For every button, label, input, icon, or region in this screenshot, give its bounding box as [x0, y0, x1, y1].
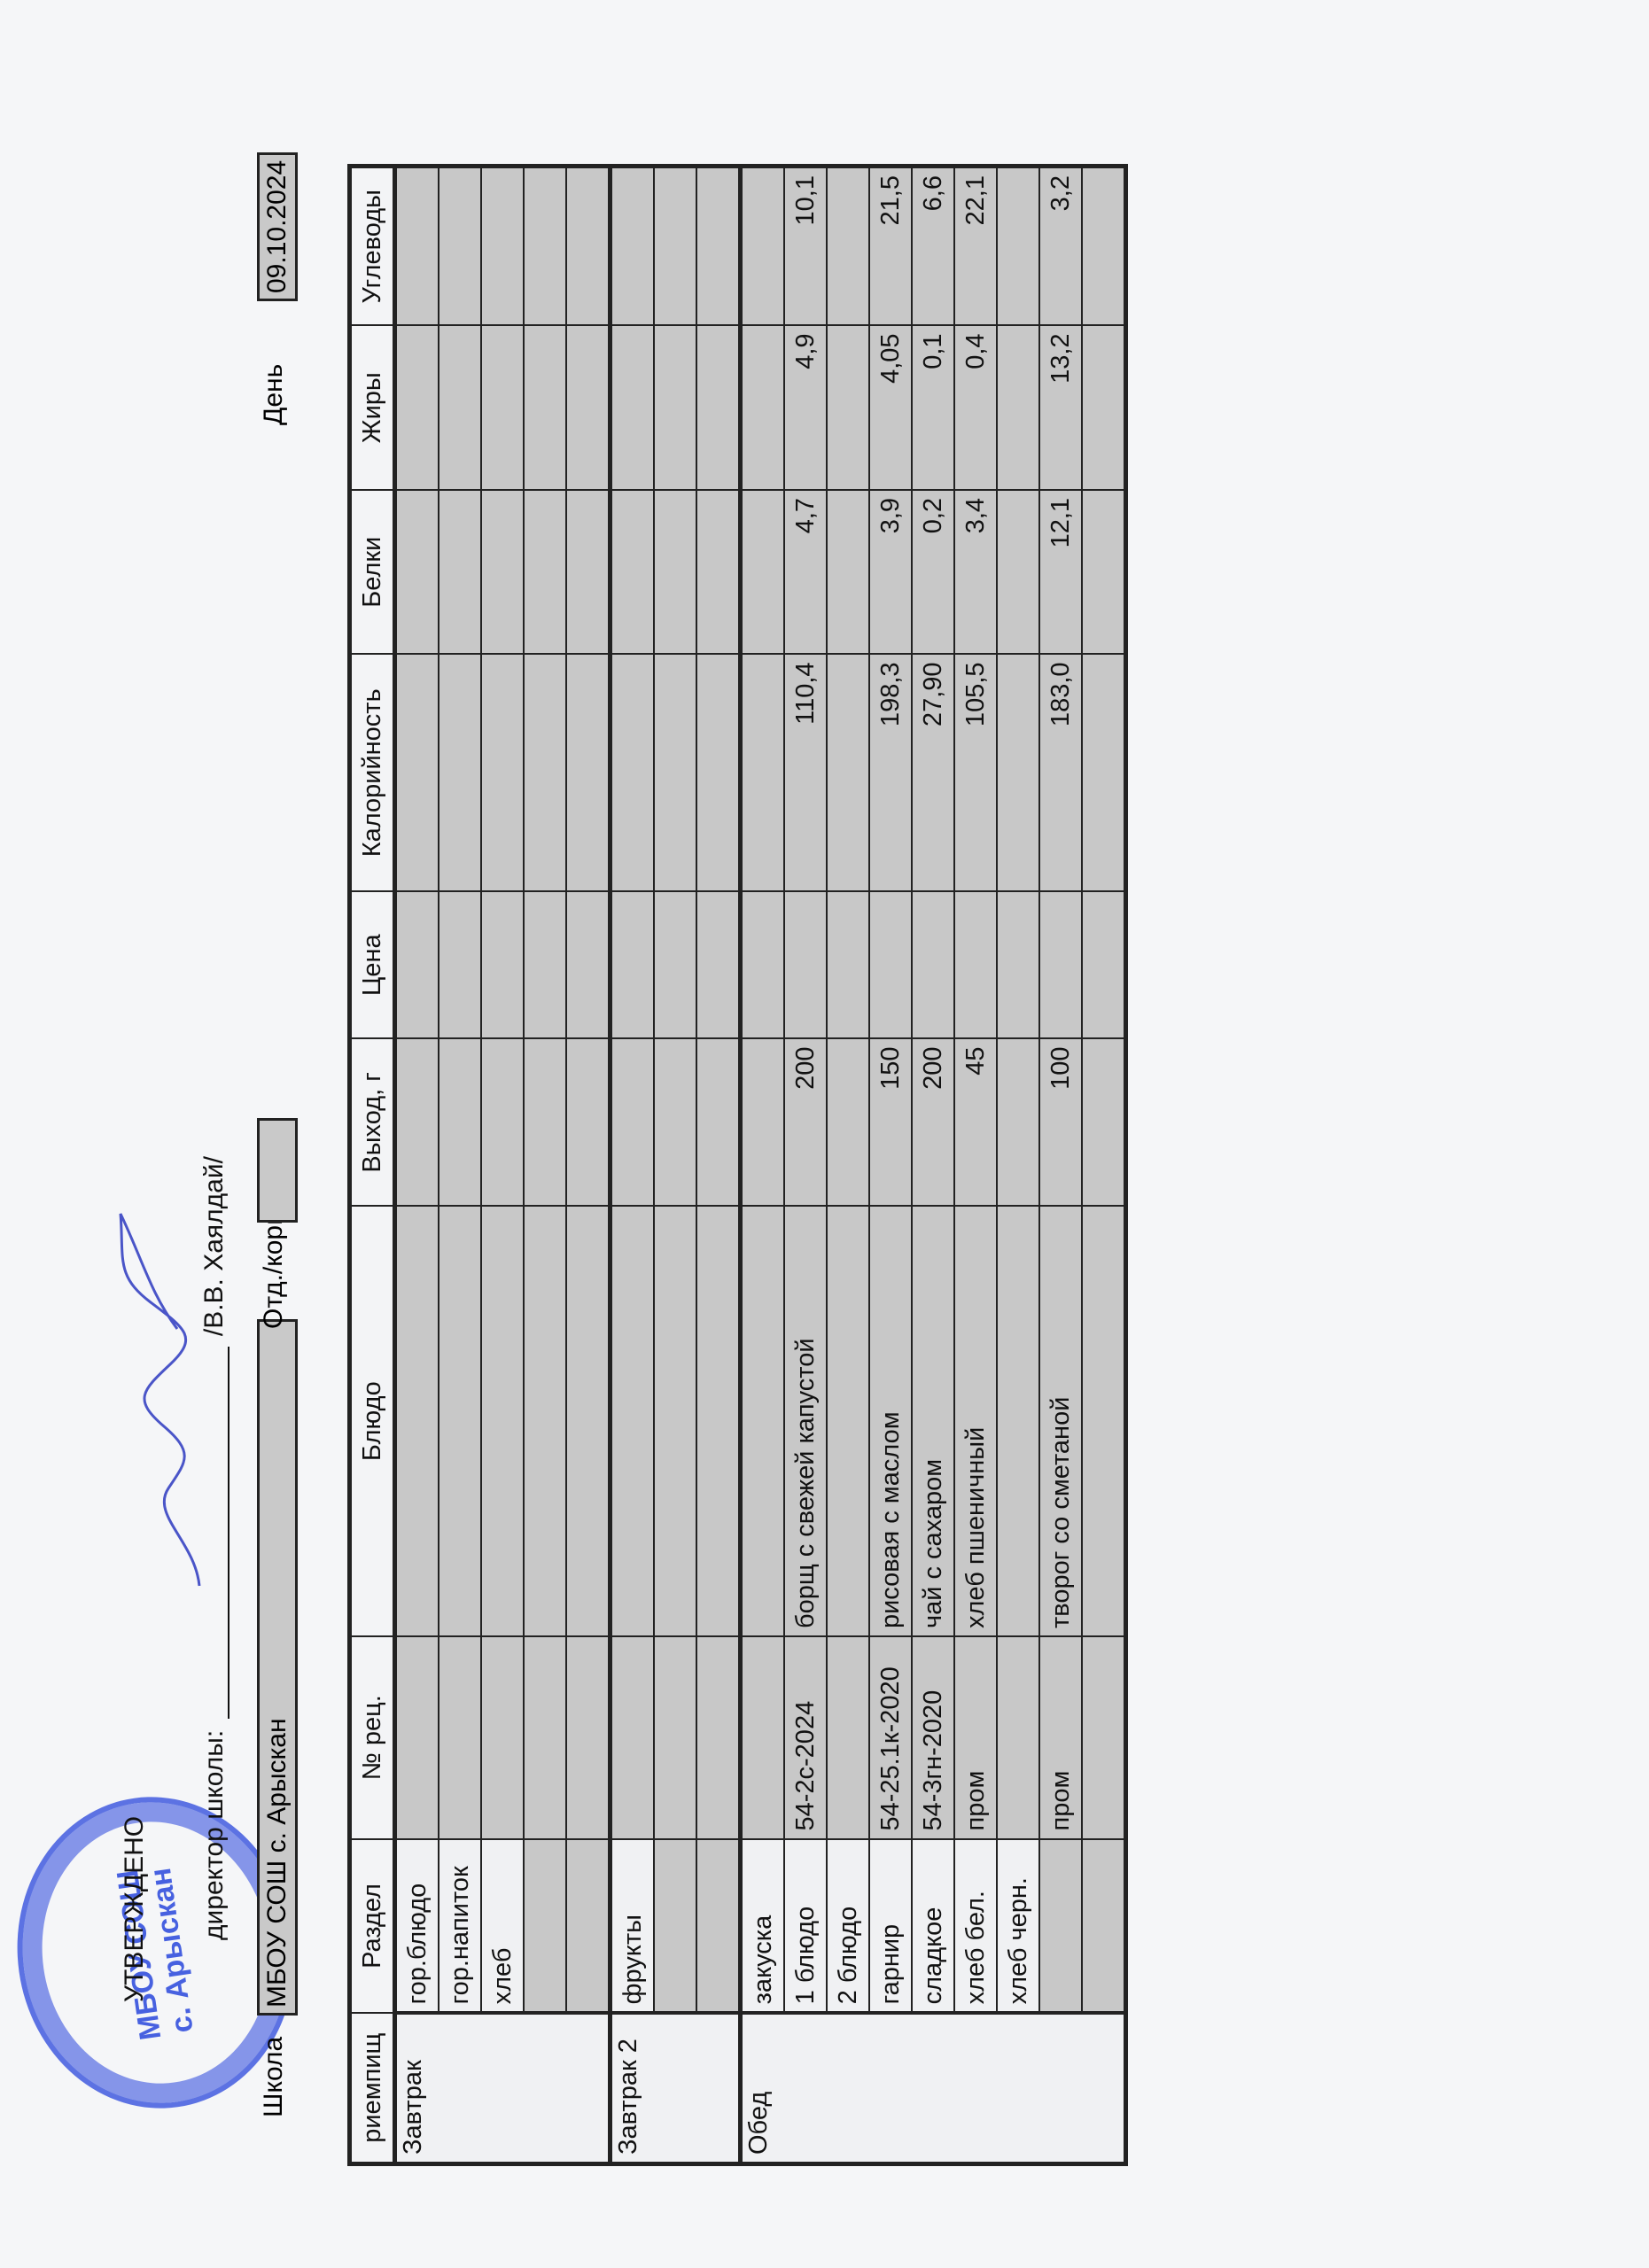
recipe-cell[interactable]: [481, 1636, 524, 1838]
dish-cell[interactable]: хлеб пшеничный: [954, 1206, 997, 1636]
calories-cell[interactable]: [439, 654, 481, 891]
protein-cell[interactable]: [741, 490, 785, 655]
price-cell[interactable]: [1039, 891, 1082, 1038]
recipe-cell[interactable]: [997, 1636, 1039, 1838]
signature-icon: [115, 1205, 213, 1595]
table-row: гор.напиток: [439, 167, 481, 2164]
protein-cell[interactable]: 3,9: [869, 490, 912, 655]
recipe-cell[interactable]: [654, 1636, 696, 1838]
recipe-cell[interactable]: [1082, 1636, 1126, 1838]
recipe-cell[interactable]: 54-25.1к-2020: [869, 1636, 912, 1838]
section-cell[interactable]: [524, 1839, 566, 2014]
calories-cell[interactable]: [827, 654, 869, 891]
column-header-price: Цена: [350, 891, 395, 1038]
section-cell[interactable]: 2 блюдо: [827, 1839, 869, 2014]
protein-cell[interactable]: [696, 490, 741, 655]
protein-cell[interactable]: [439, 490, 481, 655]
carbs-cell[interactable]: [524, 167, 566, 326]
carbs-cell[interactable]: [395, 167, 439, 326]
fat-cell[interactable]: [611, 325, 655, 490]
table-row: [566, 167, 611, 2164]
fat-cell[interactable]: 13,2: [1039, 325, 1082, 490]
table-row: Завтрак 2фрукты: [611, 167, 655, 2164]
output-cell[interactable]: [439, 1038, 481, 1206]
section-cell[interactable]: закуска: [741, 1839, 785, 2014]
calories-cell[interactable]: [566, 654, 611, 891]
column-header-fat: Жиры: [350, 325, 395, 490]
carbs-cell[interactable]: 10,1: [784, 167, 827, 326]
recipe-cell[interactable]: [696, 1636, 741, 1838]
price-cell[interactable]: [1082, 891, 1126, 1038]
day-field[interactable]: 09.10.2024: [257, 152, 298, 301]
fat-cell[interactable]: [696, 325, 741, 490]
table-row: промтворог со сметаной100183,012,113,23,…: [1039, 167, 1082, 2164]
dish-cell[interactable]: [611, 1206, 655, 1636]
price-cell[interactable]: [395, 891, 439, 1038]
section-cell[interactable]: гарнир: [869, 1839, 912, 2014]
section-cell[interactable]: гор.блюдо: [395, 1839, 439, 2014]
output-cell[interactable]: [741, 1038, 785, 1206]
carbs-cell[interactable]: [439, 167, 481, 326]
price-cell[interactable]: [741, 891, 785, 1038]
fat-cell[interactable]: [439, 325, 481, 490]
fat-cell[interactable]: [566, 325, 611, 490]
output-cell[interactable]: [1082, 1038, 1126, 1206]
price-cell[interactable]: [439, 891, 481, 1038]
day-label: День: [259, 364, 289, 425]
dish-cell[interactable]: [741, 1206, 785, 1636]
price-cell[interactable]: [696, 891, 741, 1038]
table-row: Завтракгор.блюдо: [395, 167, 439, 2164]
section-cell[interactable]: [566, 1839, 611, 2014]
protein-cell[interactable]: [524, 490, 566, 655]
carbs-cell[interactable]: [611, 167, 655, 326]
carbs-cell[interactable]: [827, 167, 869, 326]
recipe-cell[interactable]: [395, 1636, 439, 1838]
price-cell[interactable]: [611, 891, 655, 1038]
output-cell[interactable]: [524, 1038, 566, 1206]
carbs-cell[interactable]: 22,1: [954, 167, 997, 326]
fat-cell[interactable]: [395, 325, 439, 490]
school-field[interactable]: МБОУ СОШ с. Арыскан: [257, 1319, 298, 2016]
carbs-cell[interactable]: [654, 167, 696, 326]
recipe-cell[interactable]: пром: [1039, 1636, 1082, 1838]
table-row: Обедзакуска: [741, 167, 785, 2164]
approved-label: УТВЕРЖДЕНО: [120, 1816, 150, 2002]
meal-cell: Обед: [741, 2013, 1126, 2163]
dish-cell[interactable]: [439, 1206, 481, 1636]
carbs-cell[interactable]: [481, 167, 524, 326]
table-row: хлеб бел.промхлеб пшеничный45105,53,40,4…: [954, 167, 997, 2164]
dish-cell[interactable]: борщ с свежей капустой: [784, 1206, 827, 1636]
recipe-cell[interactable]: пром: [954, 1636, 997, 1838]
price-cell[interactable]: [869, 891, 912, 1038]
menu-table: риемпищРаздел№ рец.БлюдоВыход, гЦенаКало…: [347, 164, 1128, 2166]
fat-cell[interactable]: [654, 325, 696, 490]
output-cell[interactable]: 150: [869, 1038, 912, 1206]
calories-cell[interactable]: [395, 654, 439, 891]
section-cell[interactable]: сладкое: [912, 1839, 954, 2014]
school-label: Школа: [259, 2037, 289, 2117]
fat-cell[interactable]: 0,4: [954, 325, 997, 490]
output-cell[interactable]: [696, 1038, 741, 1206]
output-cell[interactable]: [827, 1038, 869, 1206]
fat-cell[interactable]: [827, 325, 869, 490]
protein-cell[interactable]: [395, 490, 439, 655]
recipe-cell[interactable]: [524, 1636, 566, 1838]
column-header-calories: Калорийность: [350, 654, 395, 891]
section-cell[interactable]: [654, 1839, 696, 2014]
price-cell[interactable]: [481, 891, 524, 1038]
dish-cell[interactable]: [654, 1206, 696, 1636]
meal-cell: Завтрак: [395, 2013, 611, 2163]
price-cell[interactable]: [654, 891, 696, 1038]
output-cell[interactable]: 100: [1039, 1038, 1082, 1206]
fat-cell[interactable]: [481, 325, 524, 490]
fat-cell[interactable]: [741, 325, 785, 490]
output-cell[interactable]: 200: [784, 1038, 827, 1206]
recipe-cell[interactable]: [827, 1636, 869, 1838]
recipe-cell[interactable]: [439, 1636, 481, 1838]
menu-document-page: МБОУ СОШ с. Арыскан УТВЕРЖДЕНО директор …: [0, 0, 1649, 2268]
table-row: [524, 167, 566, 2164]
carbs-cell[interactable]: [1082, 167, 1126, 326]
fat-cell[interactable]: [997, 325, 1039, 490]
price-cell[interactable]: [954, 891, 997, 1038]
calories-cell[interactable]: [741, 654, 785, 891]
carbs-cell[interactable]: 6,6: [912, 167, 954, 326]
column-header-meal: риемпищ: [350, 2013, 395, 2163]
recipe-cell[interactable]: [741, 1636, 785, 1838]
table-row: хлеб: [481, 167, 524, 2164]
section-cell[interactable]: 1 блюдо: [784, 1839, 827, 2014]
table-row: гарнир54-25.1к-2020рисовая с маслом15019…: [869, 167, 912, 2164]
section-cell[interactable]: [696, 1839, 741, 2014]
protein-cell[interactable]: [827, 490, 869, 655]
table-row: хлеб черн.: [997, 167, 1039, 2164]
calories-cell[interactable]: 183,0: [1039, 654, 1082, 891]
dish-cell[interactable]: [481, 1206, 524, 1636]
section-cell[interactable]: [1082, 1839, 1126, 2014]
output-cell[interactable]: [611, 1038, 655, 1206]
recipe-cell[interactable]: 54-2с-2024: [784, 1636, 827, 1838]
section-cell[interactable]: хлеб черн.: [997, 1839, 1039, 2014]
calories-cell[interactable]: [481, 654, 524, 891]
dish-cell[interactable]: [395, 1206, 439, 1636]
protein-cell[interactable]: [481, 490, 524, 655]
carbs-cell[interactable]: [566, 167, 611, 326]
section-cell[interactable]: хлеб бел.: [954, 1839, 997, 2014]
fat-cell[interactable]: 4,9: [784, 325, 827, 490]
calories-cell[interactable]: [524, 654, 566, 891]
table-row: [1082, 167, 1126, 2164]
output-cell[interactable]: 45: [954, 1038, 997, 1206]
carbs-cell[interactable]: 21,5: [869, 167, 912, 326]
recipe-cell[interactable]: [611, 1636, 655, 1838]
director-label: директор школы:: [199, 1730, 229, 1940]
dish-cell[interactable]: рисовая с маслом: [869, 1206, 912, 1636]
calories-cell[interactable]: [1082, 654, 1126, 891]
protein-cell[interactable]: 0,2: [912, 490, 954, 655]
protein-cell[interactable]: 3,4: [954, 490, 997, 655]
table-row: сладкое54-3гн-2020чай с сахаром20027,900…: [912, 167, 954, 2164]
carbs-cell[interactable]: [997, 167, 1039, 326]
protein-cell[interactable]: [566, 490, 611, 655]
price-cell[interactable]: [827, 891, 869, 1038]
fat-cell[interactable]: 4,05: [869, 325, 912, 490]
dish-cell[interactable]: [997, 1206, 1039, 1636]
section-cell[interactable]: хлеб: [481, 1839, 524, 2014]
price-cell[interactable]: [784, 891, 827, 1038]
calories-cell[interactable]: [611, 654, 655, 891]
calories-cell[interactable]: 198,3: [869, 654, 912, 891]
dish-cell[interactable]: [1082, 1206, 1126, 1636]
output-cell[interactable]: [481, 1038, 524, 1206]
calories-cell[interactable]: 110,4: [784, 654, 827, 891]
fat-cell[interactable]: [524, 325, 566, 490]
section-cell[interactable]: гор.напиток: [439, 1839, 481, 2014]
dish-cell[interactable]: чай с сахаром: [912, 1206, 954, 1636]
fat-cell[interactable]: 0,1: [912, 325, 954, 490]
section-cell[interactable]: фрукты: [611, 1839, 655, 2014]
column-header-protein: Белки: [350, 490, 395, 655]
calories-cell[interactable]: 105,5: [954, 654, 997, 891]
dish-cell[interactable]: [524, 1206, 566, 1636]
price-cell[interactable]: [912, 891, 954, 1038]
calories-cell[interactable]: 27,90: [912, 654, 954, 891]
dish-cell[interactable]: [696, 1206, 741, 1636]
table-row: 2 блюдо: [827, 167, 869, 2164]
fat-cell[interactable]: [1082, 325, 1126, 490]
column-header-output: Выход, г: [350, 1038, 395, 1206]
protein-cell[interactable]: [1082, 490, 1126, 655]
table-row: [696, 167, 741, 2164]
price-cell[interactable]: [566, 891, 611, 1038]
output-cell[interactable]: [654, 1038, 696, 1206]
output-cell[interactable]: [997, 1038, 1039, 1206]
table-row: [654, 167, 696, 2164]
protein-cell[interactable]: [654, 490, 696, 655]
department-field[interactable]: [257, 1118, 298, 1223]
protein-cell[interactable]: [611, 490, 655, 655]
protein-cell[interactable]: 12,1: [1039, 490, 1082, 655]
carbs-cell[interactable]: [741, 167, 785, 326]
output-cell[interactable]: [566, 1038, 611, 1206]
calories-cell[interactable]: [997, 654, 1039, 891]
output-cell[interactable]: [395, 1038, 439, 1206]
price-cell[interactable]: [524, 891, 566, 1038]
price-cell[interactable]: [997, 891, 1039, 1038]
recipe-cell[interactable]: [566, 1636, 611, 1838]
carbs-cell[interactable]: 3,2: [1039, 167, 1082, 326]
dish-cell[interactable]: творог со сметаной: [1039, 1206, 1082, 1636]
meal-cell: Завтрак 2: [611, 2013, 741, 2163]
calories-cell[interactable]: [696, 654, 741, 891]
table-row: 1 блюдо54-2с-2024борщ с свежей капустой2…: [784, 167, 827, 2164]
output-cell[interactable]: 200: [912, 1038, 954, 1206]
column-header-section: Раздел: [350, 1839, 395, 2014]
protein-cell[interactable]: 4,7: [784, 490, 827, 655]
department-label: Отд./корп: [259, 1211, 289, 1329]
dish-cell[interactable]: [566, 1206, 611, 1636]
section-cell[interactable]: [1039, 1839, 1082, 2014]
column-header-dish: Блюдо: [350, 1206, 395, 1636]
table-header-row: риемпищРаздел№ рец.БлюдоВыход, гЦенаКало…: [350, 167, 395, 2164]
column-header-recipe: № рец.: [350, 1636, 395, 1838]
calories-cell[interactable]: [654, 654, 696, 891]
recipe-cell[interactable]: 54-3гн-2020: [912, 1636, 954, 1838]
carbs-cell[interactable]: [696, 167, 741, 326]
protein-cell[interactable]: [997, 490, 1039, 655]
dish-cell[interactable]: [827, 1206, 869, 1636]
column-header-carbs: Углеводы: [350, 167, 395, 326]
